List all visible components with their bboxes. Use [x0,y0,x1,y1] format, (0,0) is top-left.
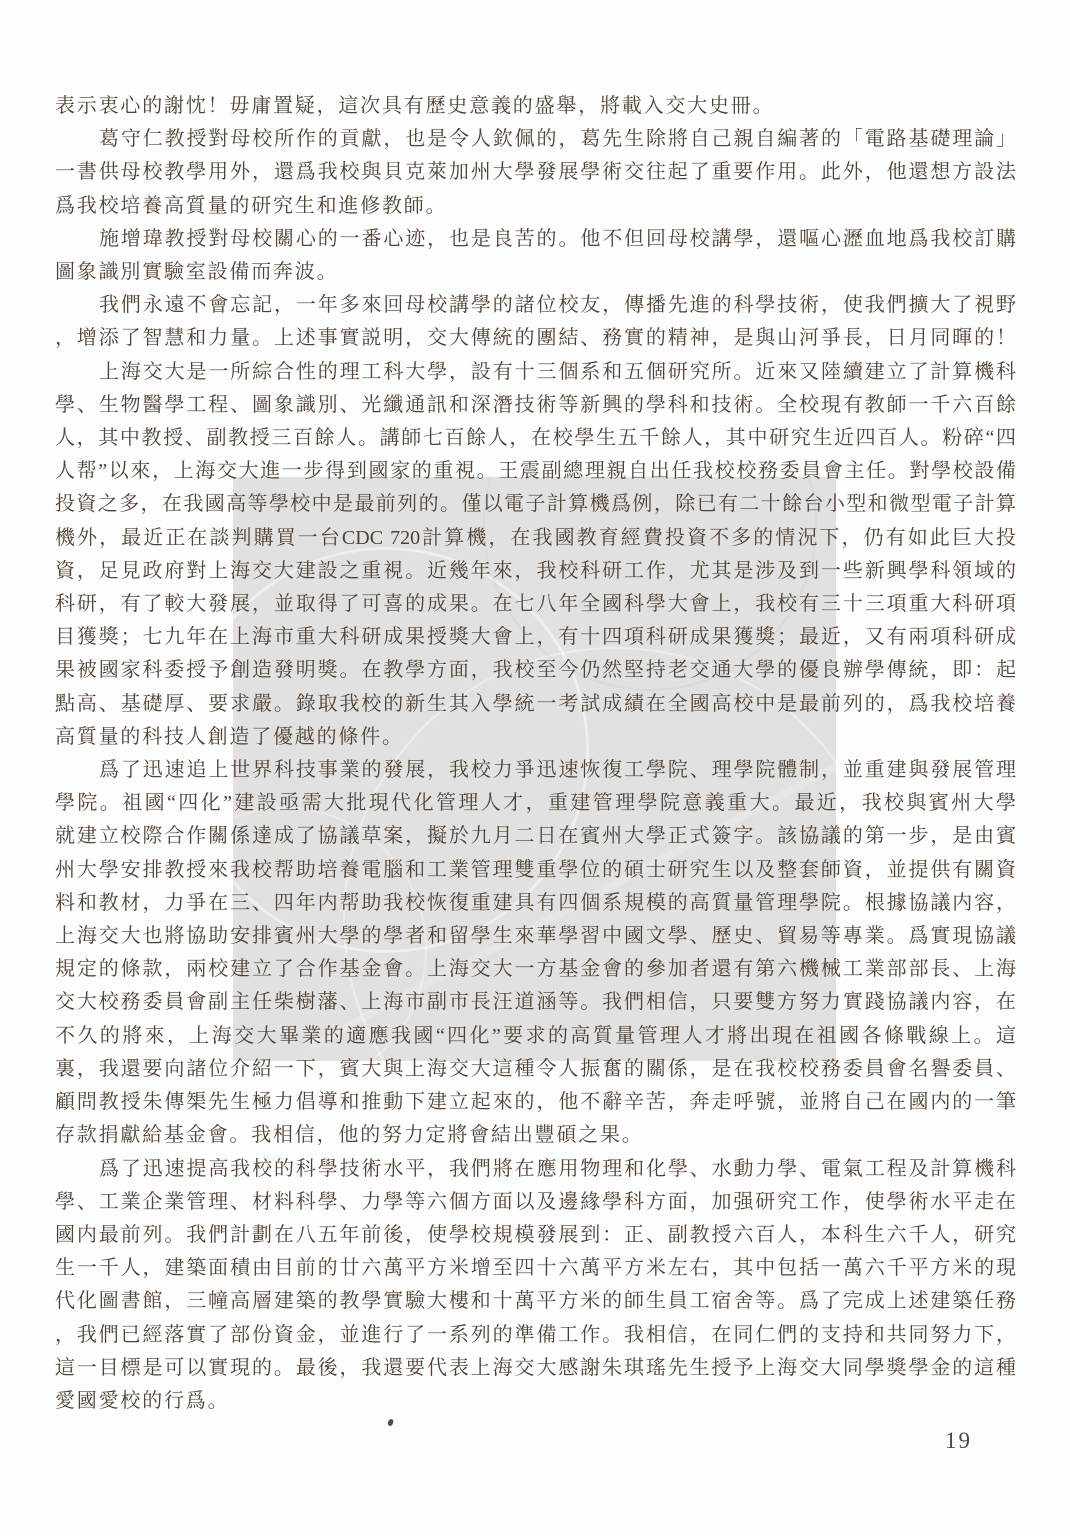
text-line: 裏，我還要向諸位介紹一下，賓大與上海交大這種令人振奮的關係，是在我校校務委員會名… [55,1053,1016,1086]
text-line: 投資之多，在我國高等學校中是最前列的。僅以電子計算機爲例，除已有二十餘台小型和微… [55,488,1016,521]
scanned-document-page: { "page": { "number": "19", "colors": { … [0,0,1070,1536]
text-line: 學院。祖國“四化”建設亟需大批現代化管理人才，重建管理學院意義重大。最近，我校與… [55,787,1016,820]
text-line: 規定的條款，兩校建立了合作基金會。上海交大一方基金會的參加者還有第六機械工業部部… [55,953,1016,986]
text-line: 資，足見政府對上海交大建設之重視。近幾年來，我校科研工作，尤其是涉及到一些新興學… [55,555,1016,588]
page-number: 19 [945,1428,972,1454]
ink-speck [387,1418,394,1426]
text-line: 上海交大也將協助安排賓州大學的學者和留學生來華學習中國文學、歷史、貿易等專業。爲… [55,920,1016,953]
text-line: 交大校務委員會副主任柴樹藩、上海市副市長汪道涵等。我們相信，只要雙方努力實踐協議… [55,986,1016,1019]
text-line: 這一目標是可以實現的。最後，我還要代表上海交大感謝朱琪瑤先生授予上海交大同學獎學… [55,1352,1016,1385]
text-line: 我們永遠不會忘記，一年多來回母校講學的諸位校友，傳播先進的科學技術，使我們擴大了… [55,289,1016,322]
text-line: 爲了迅速追上世界科技事業的發展，我校力爭迅速恢復工學院、理學院體制，並重建與發展… [55,754,1016,787]
text-line: 顧問教授朱傳榘先生極力倡導和推動下建立起來的，他不辭辛苦，奔走呼號，並將自己在國… [55,1086,1016,1119]
text-line: 愛國愛校的行爲。 [55,1385,1016,1418]
text-line: 爲了迅速提高我校的科學技術水平，我們將在應用物理和化學、水動力學、電氣工程及計算… [55,1153,1016,1186]
text-line: 料和教材，力爭在三、四年内帮助我校恢復重建具有四個系規模的高質量管理學院。根據協… [55,887,1016,920]
text-line: ，我們已經落實了部份資金，並進行了一系列的準備工作。我相信，在同仁們的支持和共同… [55,1319,1016,1352]
text-line: 州大學安排教授來我校帮助培養電腦和工業管理雙重學位的碩士研究生以及整套師資，並提… [55,854,1016,887]
text-line: 葛守仁教授對母校所作的貢獻，也是令人欽佩的，葛先生除將自己親自編著的「電路基礎理… [55,123,1016,156]
text-line: 人帮”以來，上海交大進一步得到國家的重視。王震副總理親自出任我校校務委員會主任。… [55,455,1016,488]
text-line: 高質量的科技人創造了優越的條件。 [55,721,1016,754]
text-line: 目獲獎；七九年在上海市重大科研成果授獎大會上，有十四項科研成果獲獎；最近，又有兩… [55,621,1016,654]
text-line: 爲我校培養高質量的研究生和進修教師。 [55,190,1016,223]
text-line: 代化圖書館，三幢高層建築的教學實驗大樓和十萬平方米的師生員工宿舍等。爲了完成上述… [55,1285,1016,1318]
text-line: 學、生物醫學工程、圖象識別、光纖通訊和深潛技術等新興的學科和技術。全校現有教師一… [55,389,1016,422]
text-line: 施增瑋教授對母校關心的一番心迹，也是良苦的。他不但回母校講學，還嘔心瀝血地爲我校… [55,223,1016,256]
text-line: 就建立校際合作關係達成了協議草案，擬於九月二日在賓州大學正式簽字。該協議的第一步… [55,820,1016,853]
text-line: 一書供母校教學用外，還爲我校與貝克萊加州大學發展學術交往起了重要作用。此外，他還… [55,156,1016,189]
text-line: 生一千人，建築面積由目前的廿六萬平方米增至四十六萬平方米左右，其中包括一萬六千平… [55,1252,1016,1285]
text-line: 科研，有了較大發展，並取得了可喜的成果。在七八年全國科學大會上，我校有三十三項重… [55,588,1016,621]
document-text: 表示衷心的謝忱！毋庸置疑，這次具有歷史意義的盛舉，將載入交大史冊。葛守仁教授對母… [55,90,1016,1418]
text-line: 點高、基礎厚、要求嚴。錄取我校的新生其入學統一考試成績在全國高校中是最前列的，爲… [55,688,1016,721]
text-line: 人，其中教授、副教授三百餘人。講師七百餘人，在校學生五千餘人，其中研究生近四百人… [55,422,1016,455]
text-line: 學、工業企業管理、材料科學、力學等六個方面以及邊緣學科方面，加强研究工作，使學術… [55,1186,1016,1219]
text-line: 不久的將來，上海交大畢業的適應我國“四化”要求的高質量管理人才將出現在祖國各條戰… [55,1020,1016,1053]
text-line: ，增添了智慧和力量。上述事實説明，交大傳統的團結、務實的精神，是與山河爭長，日月… [55,322,1016,355]
text-line: 果被國家科委授予創造發明獎。在教學方面，我校至今仍然堅持老交通大學的優良辦學傳統… [55,654,1016,687]
text-line: 機外，最近正在談判購買一台CDC 720計算機，在我國教育經費投資不多的情況下，… [55,522,1016,555]
text-line: 圖象識別實驗室設備而奔波。 [55,256,1016,289]
text-line: 國内最前列。我們計劃在八五年前後，使學校規模發展到：正、副教授六百人，本科生六千… [55,1219,1016,1252]
text-line: 表示衷心的謝忱！毋庸置疑，這次具有歷史意義的盛舉，將載入交大史冊。 [55,90,1016,123]
text-line: 存款捐獻給基金會。我相信，他的努力定將會結出豐碩之果。 [55,1119,1016,1152]
text-line: 上海交大是一所綜合性的理工科大學，設有十三個系和五個研究所。近來又陸續建立了計算… [55,356,1016,389]
